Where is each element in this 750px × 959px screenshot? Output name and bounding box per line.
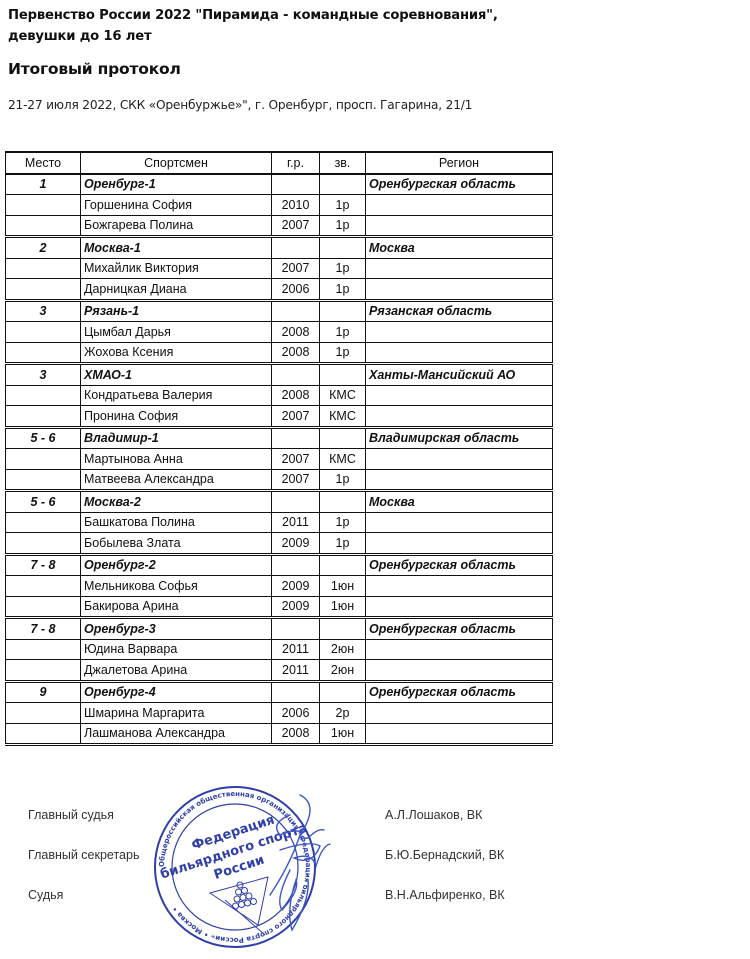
team-name: Рязань-1 <box>81 300 272 322</box>
player-name: Лашманова Александра <box>81 723 272 745</box>
player-birth-year: 2009 <box>272 576 320 597</box>
empty-cell <box>366 322 553 343</box>
player-row: Кондратьева Валерия2008КМС <box>6 385 553 406</box>
empty-cell <box>6 469 81 491</box>
player-row: Михайлик Виктория20071р <box>6 258 553 279</box>
federation-stamp: Общероссийская общественная организация … <box>140 775 340 955</box>
player-row: Башкатова Полина20111р <box>6 512 553 533</box>
player-row: Мартынова Анна2007КМС <box>6 449 553 470</box>
billiard-triangle-icon <box>210 877 268 935</box>
player-birth-year: 2009 <box>272 596 320 618</box>
player-name: Джалетова Арина <box>81 660 272 682</box>
team-region: Владимирская область <box>366 427 553 449</box>
player-row: Джалетова Арина20112юн <box>6 660 553 682</box>
empty-cell <box>272 174 320 195</box>
team-region: Оренбургская область <box>366 681 553 703</box>
player-rank: КМС <box>320 449 366 470</box>
empty-cell <box>6 449 81 470</box>
signature-role-judge: Судья <box>28 888 63 902</box>
empty-cell <box>320 364 366 386</box>
player-name: Цымбал Дарья <box>81 322 272 343</box>
empty-cell <box>366 512 553 533</box>
player-rank: КМС <box>320 385 366 406</box>
player-birth-year: 2008 <box>272 342 320 364</box>
empty-cell <box>272 237 320 259</box>
player-row: Дарницкая Диана20061р <box>6 279 553 301</box>
empty-cell <box>6 385 81 406</box>
team-name: Оренбург-3 <box>81 618 272 640</box>
team-name: ХМАО-1 <box>81 364 272 386</box>
player-rank: 1р <box>320 279 366 301</box>
team-place: 1 <box>6 174 81 195</box>
team-region: Оренбургская область <box>366 174 553 195</box>
empty-cell <box>6 723 81 745</box>
player-name: Бакирова Арина <box>81 596 272 618</box>
empty-cell <box>6 195 81 216</box>
team-region: Москва <box>366 237 553 259</box>
column-header-rank: зв. <box>320 152 366 174</box>
team-region: Москва <box>366 491 553 513</box>
team-place: 5 - 6 <box>6 491 81 513</box>
player-row: Божгарева Полина20071р <box>6 215 553 237</box>
player-birth-year: 2008 <box>272 385 320 406</box>
player-birth-year: 2006 <box>272 279 320 301</box>
empty-cell <box>272 618 320 640</box>
player-rank: 2юн <box>320 639 366 660</box>
player-name: Дарницкая Диана <box>81 279 272 301</box>
empty-cell <box>6 596 81 618</box>
player-rank: 1р <box>320 195 366 216</box>
player-row: Шмарина Маргарита20062р <box>6 703 553 724</box>
empty-cell <box>272 300 320 322</box>
team-place: 7 - 8 <box>6 618 81 640</box>
team-region: Рязанская область <box>366 300 553 322</box>
empty-cell <box>6 576 81 597</box>
team-place: 3 <box>6 364 81 386</box>
player-rank: 1юн <box>320 596 366 618</box>
player-rank: 1р <box>320 469 366 491</box>
column-header-birth-year: г.р. <box>272 152 320 174</box>
player-row: Матвеева Александра20071р <box>6 469 553 491</box>
team-place: 2 <box>6 237 81 259</box>
empty-cell <box>6 322 81 343</box>
player-rank: 1р <box>320 533 366 555</box>
player-name: Пронина София <box>81 406 272 428</box>
signature-name-judge: В.Н.Альфиренко, ВК <box>385 888 505 902</box>
player-name: Матвеева Александра <box>81 469 272 491</box>
player-name: Жохова Ксения <box>81 342 272 364</box>
empty-cell <box>366 258 553 279</box>
player-birth-year: 2006 <box>272 703 320 724</box>
empty-cell <box>366 342 553 364</box>
team-place: 5 - 6 <box>6 427 81 449</box>
empty-cell <box>366 406 553 428</box>
team-name: Москва-1 <box>81 237 272 259</box>
team-row: 5 - 6Владимир-1Владимирская область <box>6 427 553 449</box>
column-header-region: Регион <box>366 152 553 174</box>
team-row: 1Оренбург-1Оренбургская область <box>6 174 553 195</box>
player-birth-year: 2011 <box>272 512 320 533</box>
player-birth-year: 2011 <box>272 660 320 682</box>
team-place: 3 <box>6 300 81 322</box>
empty-cell <box>320 174 366 195</box>
team-region: Оренбургская область <box>366 618 553 640</box>
player-birth-year: 2007 <box>272 469 320 491</box>
empty-cell <box>320 681 366 703</box>
empty-cell <box>320 618 366 640</box>
empty-cell <box>366 279 553 301</box>
player-birth-year: 2007 <box>272 449 320 470</box>
empty-cell <box>6 533 81 555</box>
results-table: Место Спортсмен г.р. зв. Регион 1Оренбур… <box>5 151 553 746</box>
player-name: Мельникова Софья <box>81 576 272 597</box>
signature-role-chief-judge: Главный судья <box>28 808 114 822</box>
empty-cell <box>6 406 81 428</box>
player-name: Юдина Варвара <box>81 639 272 660</box>
empty-cell <box>272 364 320 386</box>
player-name: Михайлик Виктория <box>81 258 272 279</box>
player-rank: 1р <box>320 342 366 364</box>
player-row: Лашманова Александра20081юн <box>6 723 553 745</box>
team-row: 3ХМАО-1Ханты-Мансийский АО <box>6 364 553 386</box>
player-birth-year: 2007 <box>272 406 320 428</box>
empty-cell <box>6 639 81 660</box>
empty-cell <box>272 681 320 703</box>
player-rank: 1юн <box>320 723 366 745</box>
team-place: 9 <box>6 681 81 703</box>
player-row: Горшенина София20101р <box>6 195 553 216</box>
player-birth-year: 2011 <box>272 639 320 660</box>
empty-cell <box>320 554 366 576</box>
empty-cell <box>366 195 553 216</box>
player-name: Мартынова Анна <box>81 449 272 470</box>
results-table-body: 1Оренбург-1Оренбургская областьГоршенина… <box>6 174 553 745</box>
empty-cell <box>366 723 553 745</box>
player-birth-year: 2007 <box>272 258 320 279</box>
signature-role-chief-secretary: Главный секретарь <box>28 848 139 862</box>
player-name: Башкатова Полина <box>81 512 272 533</box>
empty-cell <box>6 279 81 301</box>
empty-cell <box>366 703 553 724</box>
empty-cell <box>6 660 81 682</box>
empty-cell <box>272 427 320 449</box>
player-name: Шмарина Маргарита <box>81 703 272 724</box>
player-birth-year: 2009 <box>272 533 320 555</box>
player-row: Бобылева Злата20091р <box>6 533 553 555</box>
player-birth-year: 2007 <box>272 215 320 237</box>
signature-name-chief-secretary: Б.Ю.Бернадский, ВК <box>385 848 504 862</box>
event-info: 21-27 июля 2022, СКК «Оренбуржье»", г. О… <box>8 98 472 112</box>
team-row: 9Оренбург-4Оренбургская область <box>6 681 553 703</box>
team-name: Оренбург-2 <box>81 554 272 576</box>
column-header-place: Место <box>6 152 81 174</box>
protocol-title: Итоговый протокол <box>8 60 181 78</box>
player-birth-year: 2008 <box>272 723 320 745</box>
player-rank: 1юн <box>320 576 366 597</box>
player-name: Кондратьева Валерия <box>81 385 272 406</box>
empty-cell <box>366 215 553 237</box>
player-row: Юдина Варвара20112юн <box>6 639 553 660</box>
empty-cell <box>6 703 81 724</box>
player-rank: 2юн <box>320 660 366 682</box>
team-name: Владимир-1 <box>81 427 272 449</box>
player-row: Мельникова Софья20091юн <box>6 576 553 597</box>
empty-cell <box>366 596 553 618</box>
player-rank: 1р <box>320 215 366 237</box>
team-row: 3Рязань-1Рязанская область <box>6 300 553 322</box>
empty-cell <box>6 215 81 237</box>
player-name: Бобылева Злата <box>81 533 272 555</box>
player-row: Цымбал Дарья20081р <box>6 322 553 343</box>
team-row: 2Москва-1Москва <box>6 237 553 259</box>
signature-name-chief-judge: А.Л.Лошаков, ВК <box>385 808 482 822</box>
player-birth-year: 2008 <box>272 322 320 343</box>
team-row: 5 - 6Москва-2Москва <box>6 491 553 513</box>
empty-cell <box>6 258 81 279</box>
empty-cell <box>366 576 553 597</box>
team-name: Оренбург-1 <box>81 174 272 195</box>
player-row: Пронина София2007КМС <box>6 406 553 428</box>
empty-cell <box>366 385 553 406</box>
table-header-row: Место Спортсмен г.р. зв. Регион <box>6 152 553 174</box>
empty-cell <box>366 533 553 555</box>
column-header-athlete: Спортсмен <box>81 152 272 174</box>
empty-cell <box>272 554 320 576</box>
empty-cell <box>366 449 553 470</box>
document-title: Первенство России 2022 "Пирамида - коман… <box>8 5 528 47</box>
player-name: Божгарева Полина <box>81 215 272 237</box>
empty-cell <box>320 300 366 322</box>
team-region: Ханты-Мансийский АО <box>366 364 553 386</box>
team-place: 7 - 8 <box>6 554 81 576</box>
empty-cell <box>320 427 366 449</box>
team-row: 7 - 8Оренбург-2Оренбургская область <box>6 554 553 576</box>
empty-cell <box>320 491 366 513</box>
team-name: Оренбург-4 <box>81 681 272 703</box>
empty-cell <box>366 660 553 682</box>
empty-cell <box>6 342 81 364</box>
player-birth-year: 2010 <box>272 195 320 216</box>
player-name: Горшенина София <box>81 195 272 216</box>
player-rank: 1р <box>320 512 366 533</box>
team-region: Оренбургская область <box>366 554 553 576</box>
player-rank: 1р <box>320 322 366 343</box>
empty-cell <box>6 512 81 533</box>
player-rank: КМС <box>320 406 366 428</box>
team-name: Москва-2 <box>81 491 272 513</box>
player-row: Жохова Ксения20081р <box>6 342 553 364</box>
player-rank: 1р <box>320 258 366 279</box>
signature-scribbles <box>270 795 330 930</box>
empty-cell <box>366 639 553 660</box>
player-rank: 2р <box>320 703 366 724</box>
team-row: 7 - 8Оренбург-3Оренбургская область <box>6 618 553 640</box>
empty-cell <box>272 491 320 513</box>
empty-cell <box>320 237 366 259</box>
empty-cell <box>366 469 553 491</box>
player-row: Бакирова Арина20091юн <box>6 596 553 618</box>
